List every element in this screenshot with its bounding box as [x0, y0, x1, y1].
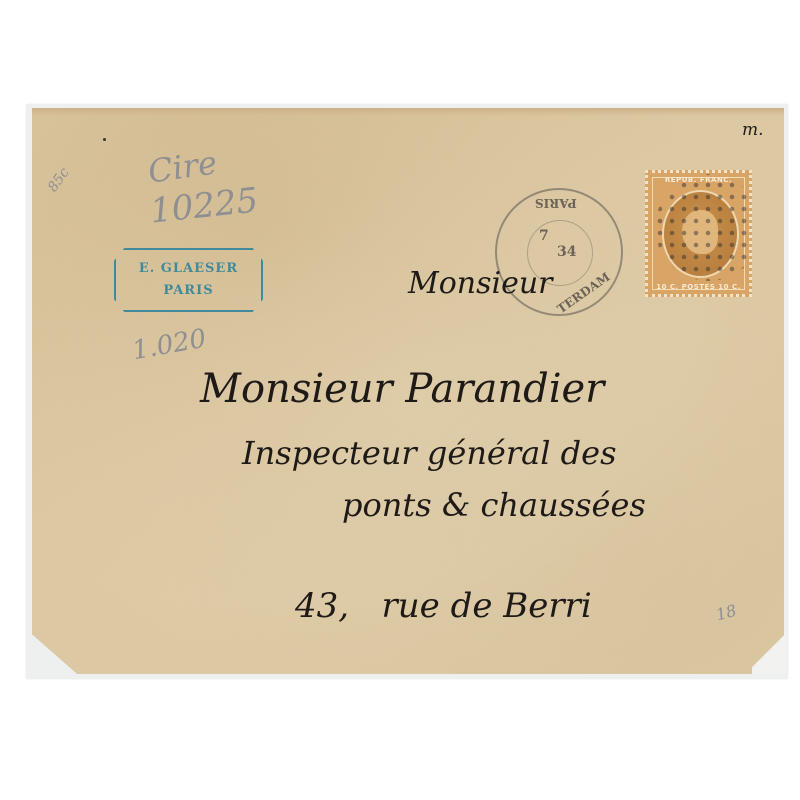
- postage-stamp: REPUB. FRANC. 10 C. POSTES 10 C.: [645, 170, 752, 297]
- address-salutation: Monsieur: [408, 266, 553, 301]
- postmark-date-day: 7: [539, 228, 549, 244]
- address-street: 43, rue de Berri: [295, 586, 592, 626]
- dealer-name: E. GLAESER: [139, 258, 238, 280]
- address-title-line1: Inspecteur général des: [242, 434, 616, 472]
- address-title-line2: ponts & chaussées: [342, 486, 646, 524]
- stamp-bottom-text: 10 C. POSTES 10 C.: [648, 283, 749, 291]
- corner-mark: m.: [742, 120, 764, 140]
- ink-spot: [103, 138, 106, 141]
- postmark-top-text: PARIS: [535, 196, 577, 210]
- envelope-corner-fold: [752, 628, 786, 674]
- envelope-top-fold: [32, 108, 784, 116]
- dealer-city: PARIS: [163, 280, 213, 302]
- postmark-date-year: 34: [557, 244, 576, 260]
- dealer-handstamp: E. GLAESER PARIS: [114, 248, 263, 312]
- address-recipient-name: Monsieur Parandier: [200, 366, 604, 412]
